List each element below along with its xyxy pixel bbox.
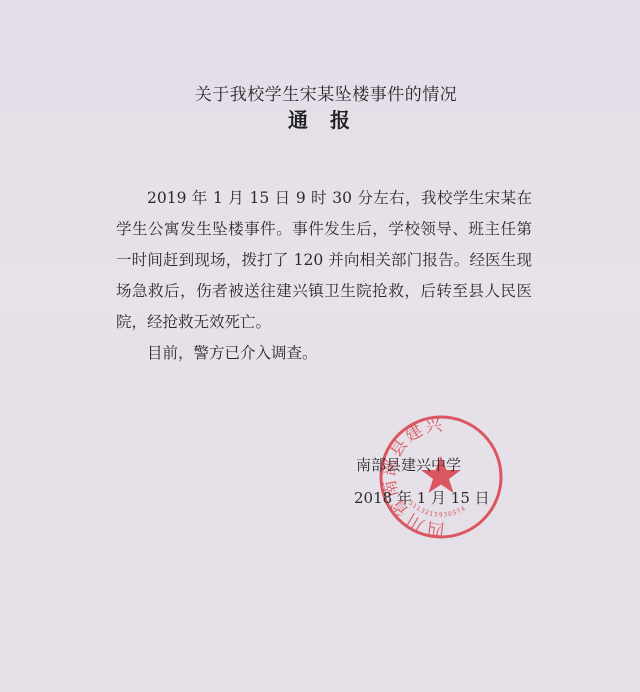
paragraph-incident: 2019 年 1 月 15 日 9 时 30 分左右，我校学生宋某在学生公寓发生… (116, 183, 532, 338)
signature-block: 南部县建兴中学 2018 年 1 月 15 日 (352, 449, 522, 515)
document-body: 2019 年 1 月 15 日 9 时 30 分左右，我校学生宋某在学生公寓发生… (116, 183, 532, 369)
document-subtitle: 通报 (0, 104, 640, 133)
signature-date: 2018 年 1 月 15 日 (352, 482, 522, 515)
paragraph-investigation: 目前，警方已介入调查。 (116, 338, 532, 369)
document-page: 关于我校学生宋某坠楼事件的情况 通报 2019 年 1 月 15 日 9 时 3… (0, 0, 640, 692)
document-title: 关于我校学生宋某坠楼事件的情况 (6, 80, 640, 105)
signature-organization: 南部县建兴中学 (352, 449, 522, 482)
